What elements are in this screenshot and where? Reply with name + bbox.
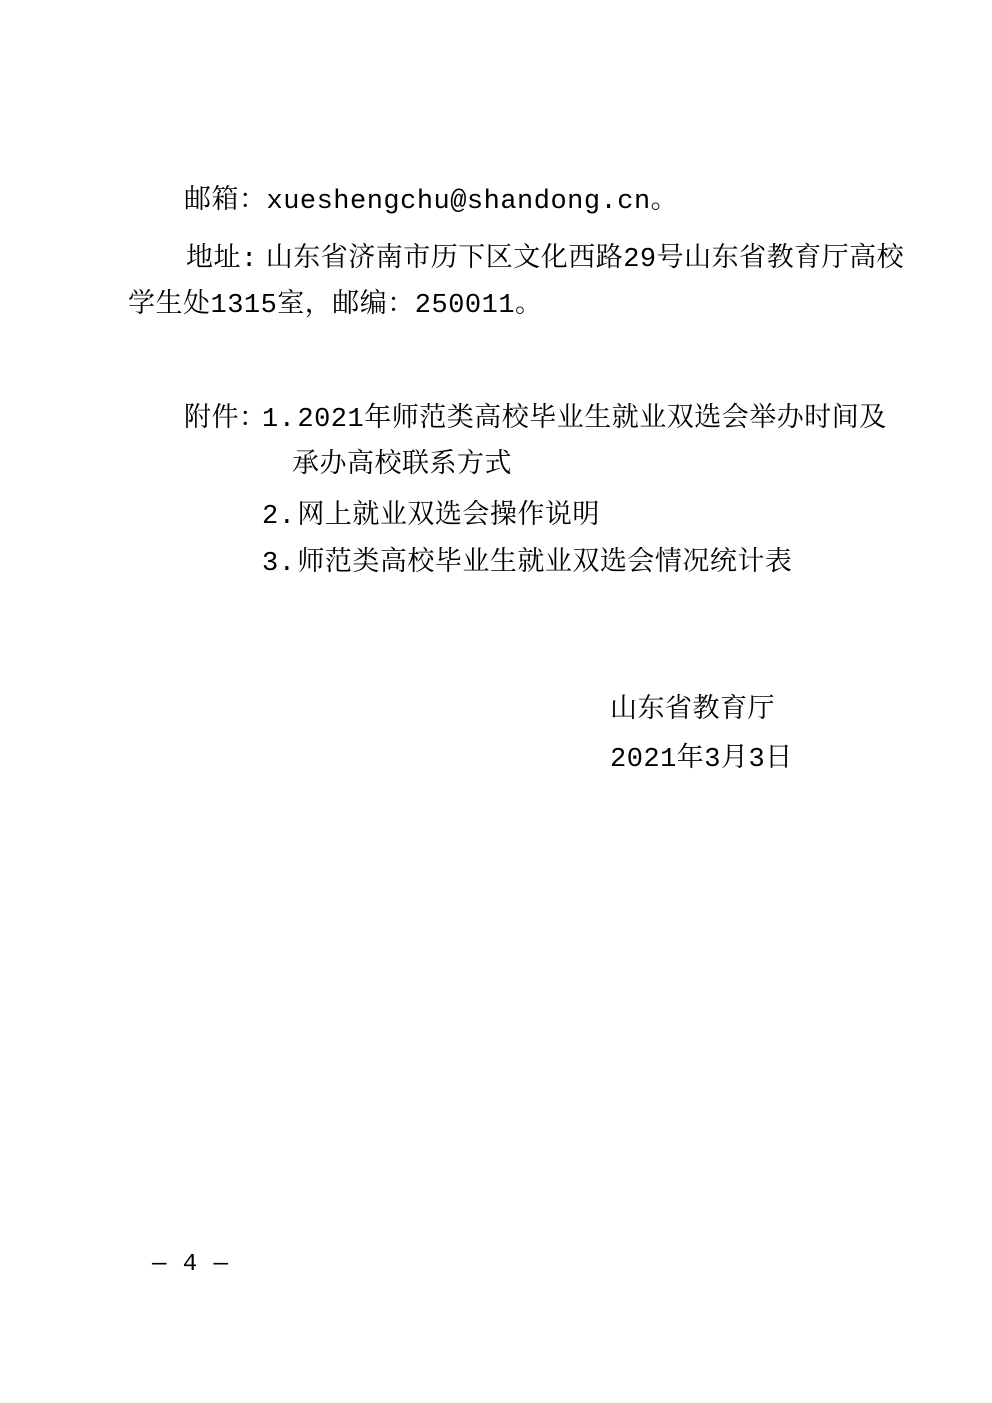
email-line: 邮箱：xueshengchu@shandong.cn。: [184, 187, 678, 218]
signature-issuer: 山东省教育厅: [610, 696, 775, 727]
signature-issuer-text: 山东省教育厅: [610, 696, 775, 726]
address-line-2: 学生处1315室，邮编：250011。: [128, 291, 543, 322]
attachment-item-1-number: 1.: [262, 405, 295, 435]
email-value: xueshengchu@shandong.cn。: [267, 187, 679, 217]
attachment-item-3-text: 师范类高校毕业生就业双选会情况统计表: [297, 549, 792, 579]
attachment-item-3: 3.师范类高校毕业生就业双选会情况统计表: [262, 549, 792, 580]
attachment-item-2-text: 网上就业双选会操作说明: [297, 502, 600, 532]
attachment-item-1-text: 2021年师范类高校毕业生就业双选会举办时间及: [297, 405, 886, 435]
address-label: 地址:: [186, 245, 258, 275]
attachment-item-2: 2.网上就业双选会操作说明: [262, 502, 600, 533]
attachment-item-2-number: 2.: [262, 502, 295, 532]
email-label: 邮箱：: [184, 187, 267, 217]
attachment-item-1-line-2: 承办高校联系方式: [292, 451, 512, 482]
attachment-item-3-number: 3.: [262, 549, 295, 579]
signature-date-text: 2021年3月3日: [610, 745, 793, 775]
attachment-item-1-line-1: 1.2021年师范类高校毕业生就业双选会举办时间及: [262, 405, 887, 436]
address-value-line-1: 山东省济南市历下区文化西路29号山东省教育厅高校: [266, 245, 904, 275]
attachments-label-text: 附件：: [184, 405, 267, 435]
attachments-label: 附件：: [184, 405, 267, 436]
attachment-item-1-continuation: 承办高校联系方式: [292, 451, 512, 481]
page-number-text: — 4 —: [152, 1251, 229, 1278]
page-number: — 4 —: [152, 1251, 229, 1279]
signature-date: 2021年3月3日: [610, 745, 793, 776]
address-value-line-2: 学生处1315室，邮编：250011。: [128, 291, 543, 321]
address-line-1: 地址:山东省济南市历下区文化西路29号山东省教育厅高校: [186, 245, 904, 276]
document-page: 邮箱：xueshengchu@shandong.cn。 地址:山东省济南市历下区…: [0, 0, 992, 1403]
